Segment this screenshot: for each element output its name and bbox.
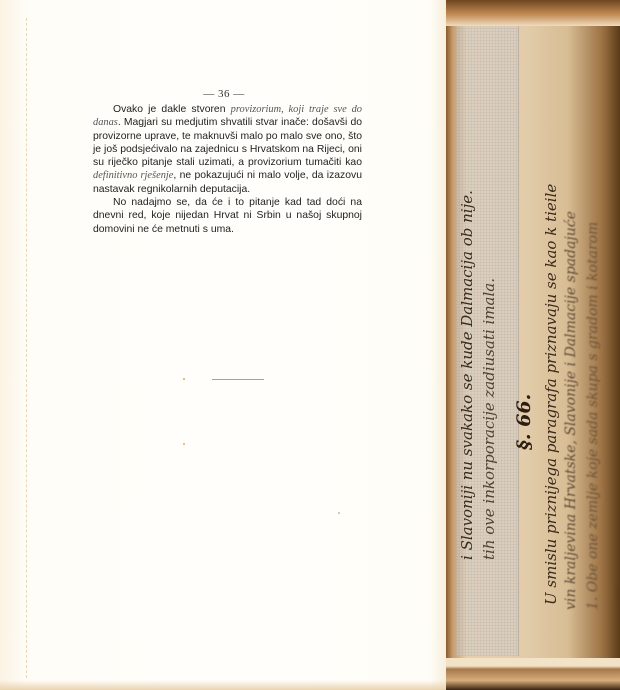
section-divider-rule: [212, 379, 264, 380]
handwritten-line: U smislu priznijega paragrafa priznavaju…: [542, 184, 560, 605]
paragraph-2: No nadajmo se, da će i to pitanje kad ta…: [93, 196, 362, 236]
handwritten-line: 1. Obe one zemlje koje sada skupa s grad…: [585, 222, 601, 610]
handwritten-line: i Slavoniji nu svakako se kude Dalmacija…: [458, 190, 476, 560]
body-text: Ovako je dakle stvoren provizorium, koji…: [93, 103, 362, 236]
paragraph-1: Ovako je dakle stvoren provizorium, koji…: [93, 103, 362, 196]
paper-speck: [338, 512, 340, 514]
margin-line: [518, 26, 519, 656]
page-edge-marks: [26, 18, 28, 678]
handwritten-line: ...: [606, 587, 620, 600]
page-bottom-shadow: [0, 680, 448, 690]
italic-phrase: definitivno rješenje: [93, 170, 173, 181]
paper-speck: [183, 378, 185, 380]
page-bottom-edge: [446, 658, 620, 690]
printed-page-left: — 36 — Ovako je dakle stvoren provizoriu…: [0, 0, 448, 690]
page-number: — 36 —: [0, 88, 448, 100]
section-heading: §. 66.: [513, 394, 535, 450]
paper-speck: [183, 443, 185, 445]
handwritten-line: vin kraljevina Hrvatske, Slavonije i Dal…: [563, 211, 579, 610]
page-top-edge: [446, 0, 620, 26]
handwritten-line: tih ove inkorporacije zadiusati imala.: [480, 278, 498, 560]
